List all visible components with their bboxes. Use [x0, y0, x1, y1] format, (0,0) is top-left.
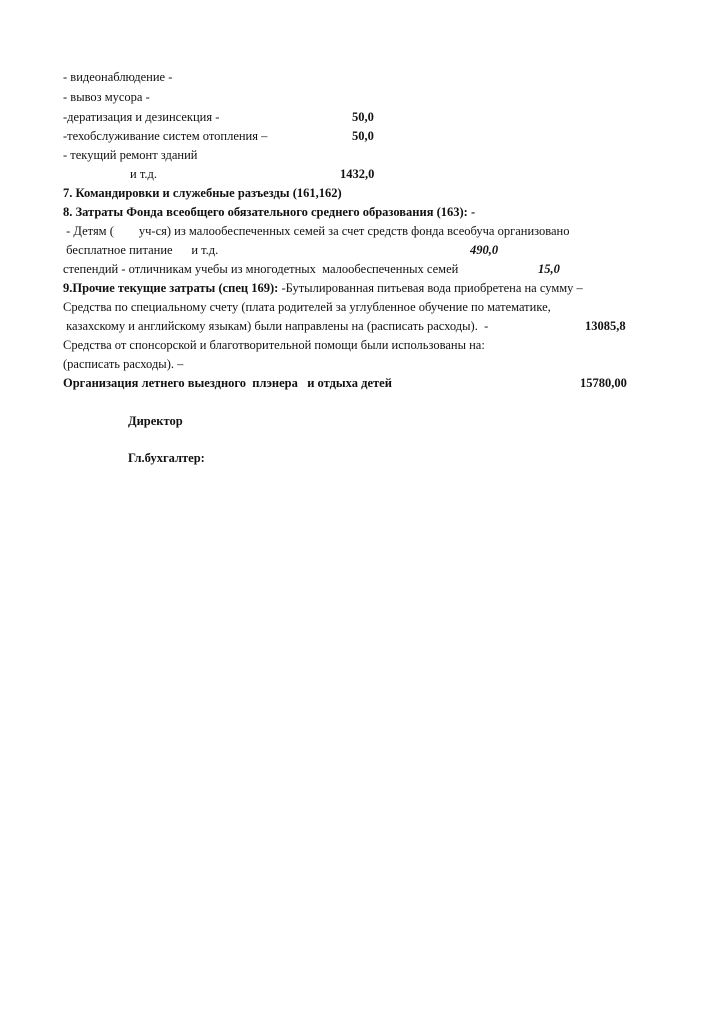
special-account-value: 13085,8: [585, 319, 626, 334]
summer-plein-air: Организация летнего выездного плэнера и …: [63, 376, 392, 391]
repair-value: 1432,0: [340, 167, 374, 182]
section-8-title: 8. Затраты Фонда всеобщего обязательного…: [63, 205, 475, 220]
item-garbage-removal: - вывоз мусора -: [63, 90, 150, 105]
scholarship-value: 15,0: [538, 262, 560, 277]
summer-plein-air-value: 15780,00: [580, 376, 627, 391]
item-building-repair: - текущий ремонт зданий: [63, 148, 198, 163]
special-account-line1: Средства по специальному счету (плата ро…: [63, 300, 551, 315]
item-building-repair-etc: и т.д.: [130, 167, 157, 182]
sponsor-line1: Средства от спонсорской и благотворитель…: [63, 338, 485, 353]
section-9-title-rest: -Бутылированная питьевая вода приобретен…: [278, 281, 582, 295]
section-9-title: 9.Прочие текущие затраты (спец 169): -Бу…: [63, 281, 583, 296]
section-9-title-bold: 9.Прочие текущие затраты (спец 169):: [63, 281, 278, 295]
accountant-signature: Гл.бухгалтер:: [128, 451, 205, 466]
item-deratization: -дератизация и дезинсекция -: [63, 110, 219, 125]
sponsor-line2: (расписать расходы). –: [63, 357, 183, 372]
section-7-title: 7. Командировки и служебные разъезды (16…: [63, 186, 342, 201]
section-8-line1: - Детям ( уч-ся) из малообеспеченных сем…: [63, 224, 569, 239]
special-account-line2: казахскому и английскому языкам) были на…: [63, 319, 488, 334]
item-video-surveillance: - видеонаблюдение -: [63, 70, 172, 85]
director-signature: Директор: [128, 414, 183, 429]
deratization-value: 50,0: [352, 110, 374, 125]
item-heating-maintenance: -техобслуживание систем отопления –: [63, 129, 267, 144]
heating-value: 50,0: [352, 129, 374, 144]
section-8-line2: бесплатное питание и т.д.: [63, 243, 218, 258]
free-meals-value: 490,0: [470, 243, 498, 258]
section-8-line3: степендий - отличникам учебы из многодет…: [63, 262, 458, 277]
